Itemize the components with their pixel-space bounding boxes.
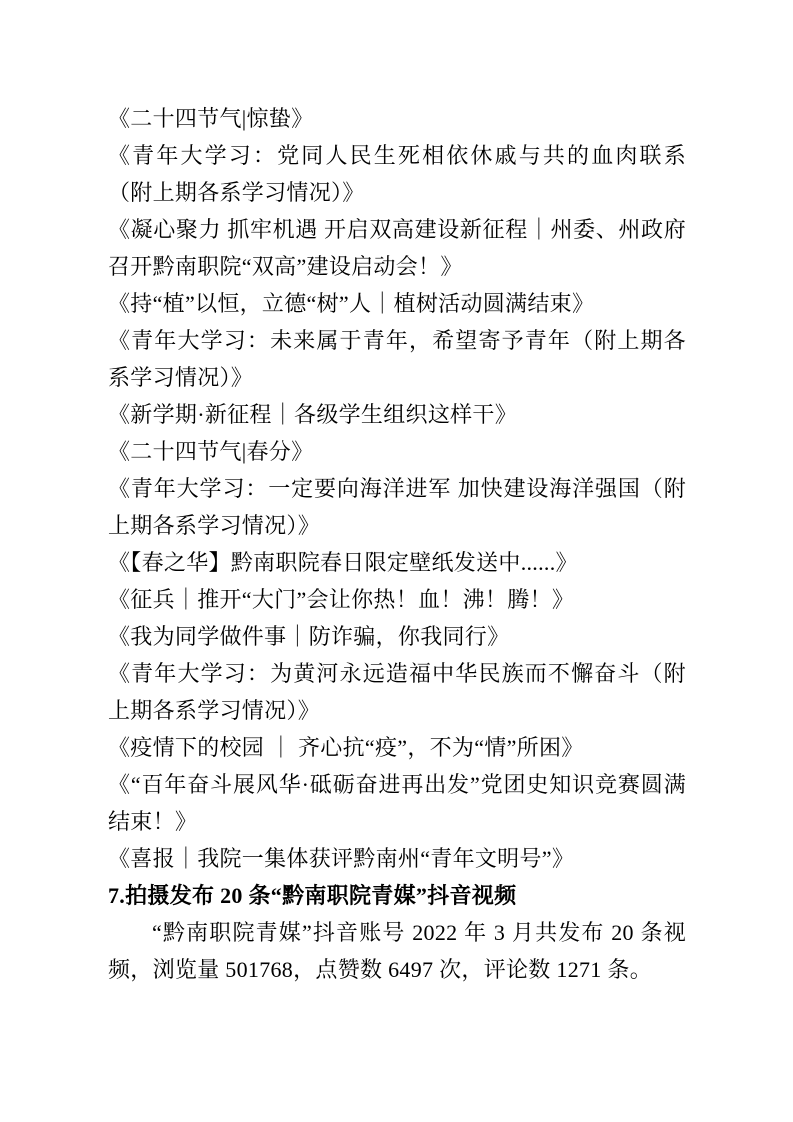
article-title: 《我为同学做件事｜防诈骗，你我同行》 [108,618,686,655]
document-page: 《二十四节气|惊蛰》 《青年大学习：党同人民生死相依休戚与共的血肉联系（附上期各… [0,0,793,1122]
article-title: 《“百年奋斗展风华·砥砺奋进再出发”党团史知识竞赛圆满结束！》 [108,766,686,840]
article-title: 《青年大学习：党同人民生死相依休戚与共的血肉联系（附上期各系学习情况）》 [108,137,686,211]
article-title: 《新学期·新征程｜各级学生组织这样干》 [108,396,686,433]
article-title: 《持“植”以恒，立德“树”人｜植树活动圆满结束》 [108,285,686,322]
article-title: 《青年大学习：未来属于青年，希望寄予青年（附上期各系学习情况）》 [108,322,686,396]
stats-paragraph: “黔南职院青媒”抖音账号 2022 年 3 月共发布 20 条视频，浏览量 50… [108,914,686,988]
article-title: 《喜报｜我院一集体获评黔南州“青年文明号”》 [108,840,686,877]
article-title: 《二十四节气|春分》 [108,433,686,470]
article-title: 《疫情下的校园 ｜ 齐心抗“疫”，不为“情”所困》 [108,729,686,766]
article-title: 《青年大学习：一定要向海洋进军 加快建设海洋强国（附上期各系学习情况）》 [108,470,686,544]
document-text-block: 《二十四节气|惊蛰》 《青年大学习：党同人民生死相依休戚与共的血肉联系（附上期各… [108,100,686,988]
article-title: 《青年大学习：为黄河永远造福中华民族而不懈奋斗（附上期各系学习情况）》 [108,655,686,729]
section-heading: 7.拍摄发布 20 条“黔南职院青媒”抖音视频 [108,877,686,914]
article-title: 《凝心聚力 抓牢机遇 开启双高建设新征程｜州委、州政府召开黔南职院“双高”建设启… [108,211,686,285]
article-title: 《【春之华】黔南职院春日限定壁纸发送中......》 [108,544,686,581]
article-title: 《征兵｜推开“大门”会让你热！血！沸！腾！》 [108,581,686,618]
article-title: 《二十四节气|惊蛰》 [108,100,686,137]
